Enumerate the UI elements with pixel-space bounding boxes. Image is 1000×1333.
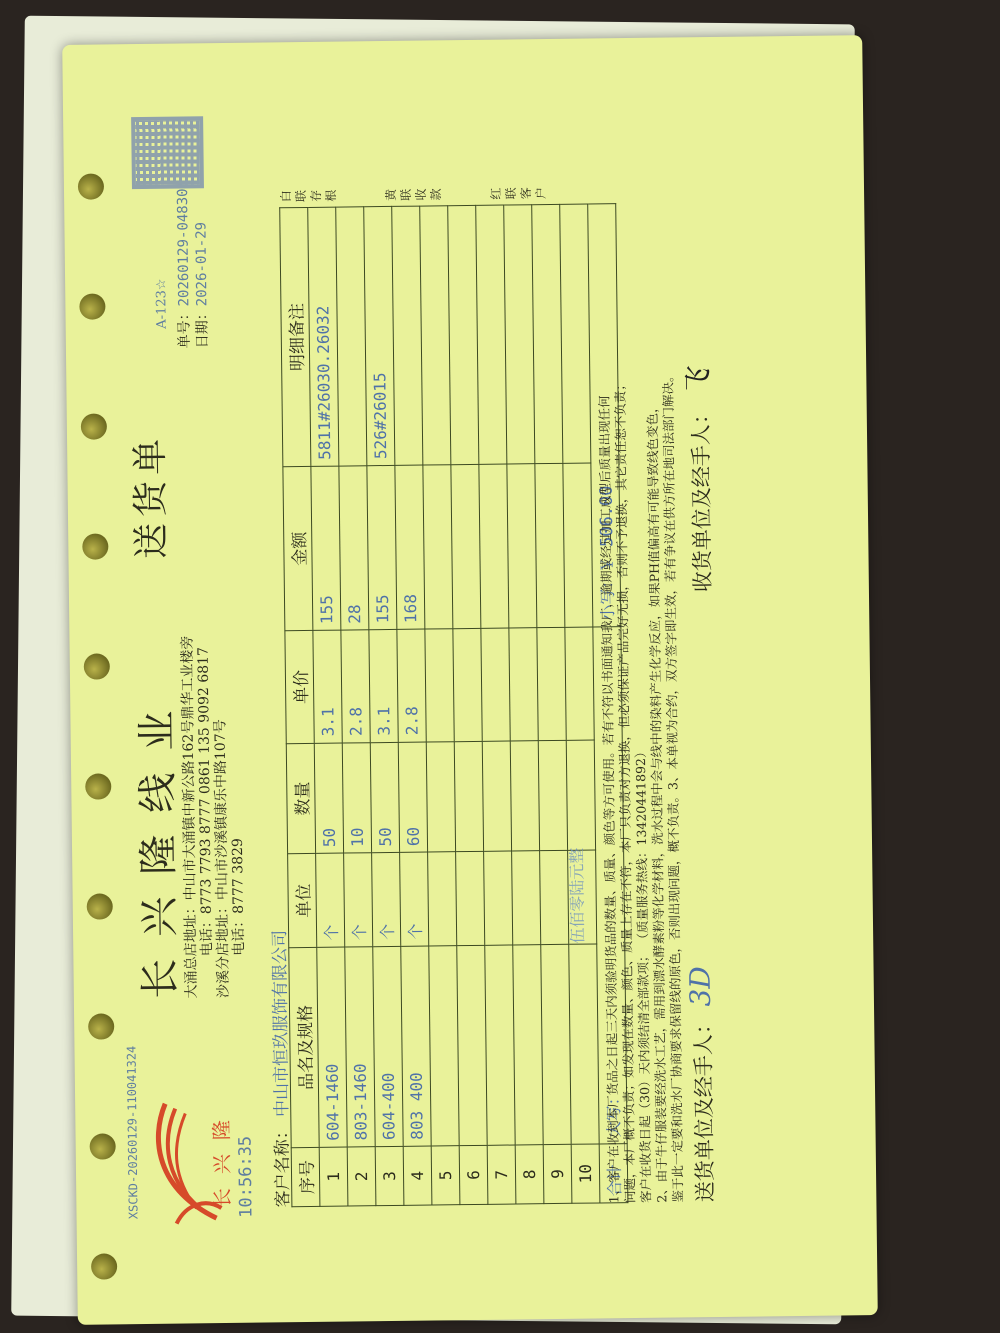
row-unit: 个 bbox=[372, 853, 401, 947]
row-note: 526#26015 bbox=[364, 206, 395, 465]
copy-labels: 白联存根 黄联收款 红联客户 bbox=[279, 176, 594, 202]
row-name bbox=[569, 944, 599, 1145]
row-note bbox=[448, 205, 479, 464]
sender-label: 送货单位及经手人： bbox=[691, 1013, 717, 1202]
row-name bbox=[541, 944, 571, 1145]
order-date: 2026-01-29 bbox=[193, 222, 210, 306]
col-header-price: 单价 bbox=[285, 631, 314, 744]
row-price: 2.8 bbox=[397, 629, 426, 742]
row-qty: 50 bbox=[370, 742, 399, 853]
row-qty bbox=[426, 741, 455, 852]
hq-phone-label: 电话： bbox=[199, 914, 216, 956]
receiver-signature-block: 收货单位及经手人： 飞 bbox=[676, 368, 719, 592]
row-price bbox=[481, 628, 510, 741]
row-price: 3.1 bbox=[369, 630, 398, 743]
row-name bbox=[429, 945, 459, 1146]
branch-phone-label: 电话： bbox=[231, 914, 248, 956]
row-amount bbox=[479, 464, 509, 629]
row-price bbox=[565, 627, 594, 740]
row-amount bbox=[507, 464, 537, 629]
col-header-unit: 单位 bbox=[288, 854, 317, 948]
row-amount bbox=[423, 465, 453, 630]
copy-label-white: 白联存根 bbox=[279, 180, 339, 203]
row-seq: 9 bbox=[543, 1144, 572, 1203]
serial-number: XSCKD-20260129-110041324 bbox=[124, 1046, 140, 1220]
company-address-block: 大涌总店地址：中山市大涌镇中新公路162号鼎华工业楼旁 电话：8773 7793… bbox=[179, 635, 247, 998]
row-amount bbox=[451, 464, 481, 629]
row-amount: 28 bbox=[339, 466, 369, 631]
col-header-note: 明细备注 bbox=[280, 207, 311, 466]
row-price bbox=[425, 629, 454, 742]
row-note bbox=[560, 204, 591, 463]
row-price: 3.1 bbox=[313, 630, 342, 743]
delivery-note-sheet: XSCKD-20260129-110041324 长兴隆 10:56:35 长兴… bbox=[62, 35, 878, 1325]
sprocket-hole-icon bbox=[88, 1013, 114, 1039]
row-qty bbox=[454, 741, 483, 852]
receiver-label: 收货单位及经手人： bbox=[689, 403, 715, 592]
document-type-title: 送货单 bbox=[122, 433, 175, 560]
receiver-signature: 飞 bbox=[681, 368, 714, 396]
row-price bbox=[453, 629, 482, 742]
row-qty: 50 bbox=[314, 743, 343, 854]
row-seq: 7 bbox=[487, 1145, 516, 1204]
sender-signature: 3D bbox=[684, 966, 717, 1007]
form-code: A-123☆ bbox=[153, 278, 172, 328]
row-note bbox=[504, 205, 535, 464]
row-name bbox=[513, 944, 543, 1145]
row-seq: 2 bbox=[347, 1147, 376, 1206]
row-price bbox=[509, 628, 538, 741]
row-unit: 个 bbox=[400, 853, 429, 947]
col-header-name: 品名及规格 bbox=[289, 947, 319, 1148]
sprocket-hole-icon bbox=[79, 293, 105, 319]
row-name bbox=[485, 945, 515, 1146]
row-unit bbox=[484, 852, 513, 946]
row-amount bbox=[563, 463, 593, 628]
row-name: 604-1460 bbox=[317, 947, 347, 1148]
row-qty bbox=[510, 740, 539, 851]
sender-signature-block: 送货单位及经手人： 3D bbox=[684, 966, 720, 1202]
uppercase-total-value: 伍佰零陆元整 bbox=[564, 848, 588, 944]
row-amount: 155 bbox=[311, 466, 341, 631]
row-unit bbox=[428, 852, 457, 946]
row-amount: 155 bbox=[367, 465, 397, 630]
sprocket-hole-icon bbox=[78, 173, 104, 199]
row-amount: 168 bbox=[395, 465, 425, 630]
row-seq: 5 bbox=[431, 1146, 460, 1205]
row-seq: 10 bbox=[571, 1144, 600, 1203]
row-note bbox=[420, 206, 451, 465]
row-seq: 3 bbox=[375, 1146, 404, 1205]
row-note bbox=[336, 207, 367, 466]
row-qty bbox=[566, 740, 595, 851]
row-seq: 8 bbox=[515, 1145, 544, 1204]
terms-and-conditions: 1、客户在收到本厂货品之日起三天内须验明货品的数量、质量、颜色等方可使用。若有不… bbox=[594, 192, 686, 1203]
row-name: 803-1460 bbox=[345, 947, 375, 1148]
sprocket-hole-icon bbox=[87, 893, 113, 919]
branch-address-label: 沙溪分店地址： bbox=[215, 900, 232, 998]
delivery-note-rotated: XSCKD-20260129-110041324 长兴隆 10:56:35 长兴… bbox=[72, 50, 867, 1319]
row-unit bbox=[456, 852, 485, 946]
row-name: 604-400 bbox=[373, 946, 403, 1147]
hq-address-label: 大涌总店地址： bbox=[183, 900, 200, 998]
col-header-seq: 序号 bbox=[291, 1147, 320, 1206]
sprocket-hole-icon bbox=[84, 653, 110, 679]
copy-label-red: 红联客户 bbox=[489, 177, 549, 200]
order-no-label: 单号： bbox=[176, 306, 193, 348]
hq-phone: 8773 7793 8777 0861 135 9092 6817 bbox=[196, 647, 215, 914]
sprocket-hole-icon bbox=[81, 413, 107, 439]
row-unit: 个 bbox=[344, 853, 373, 947]
row-unit: 个 bbox=[316, 854, 345, 948]
row-seq: 6 bbox=[459, 1145, 488, 1204]
col-header-amount: 金额 bbox=[283, 466, 313, 631]
copy-label-yellow: 黄联收款 bbox=[384, 178, 444, 201]
row-note bbox=[392, 206, 423, 465]
order-number: 20260129-04830 bbox=[175, 188, 192, 306]
row-name bbox=[457, 945, 487, 1146]
branch-address: 中山市沙溪镇康乐中路107号 bbox=[212, 719, 230, 900]
row-amount bbox=[535, 463, 565, 628]
sprocket-hole-icon bbox=[82, 533, 108, 559]
company-title: 长兴隆线业 bbox=[125, 689, 186, 1000]
row-note bbox=[532, 204, 563, 463]
row-qty bbox=[538, 740, 567, 851]
col-header-qty: 数量 bbox=[286, 743, 315, 854]
row-seq: 1 bbox=[319, 1147, 348, 1206]
sprocket-hole-icon bbox=[90, 1133, 116, 1159]
row-price: 2.8 bbox=[341, 630, 370, 743]
row-price bbox=[537, 628, 566, 741]
row-note bbox=[476, 205, 507, 464]
row-qty bbox=[482, 741, 511, 852]
sprocket-hole-icon bbox=[91, 1253, 117, 1279]
print-time: 10:56:35 bbox=[236, 1136, 257, 1218]
order-meta: A-123☆ 单号：20260129-04830 日期：2026-01-29 bbox=[174, 188, 212, 348]
row-unit bbox=[512, 851, 541, 945]
items-table: 序号 品名及规格 单位 数量 单价 金额 明细备注 1604-1460个503.… bbox=[279, 203, 628, 1207]
row-qty: 60 bbox=[398, 742, 427, 853]
date-label: 日期： bbox=[194, 306, 211, 348]
qr-code-icon bbox=[131, 116, 204, 189]
sprocket-hole-icon bbox=[85, 773, 111, 799]
row-seq: 4 bbox=[403, 1146, 432, 1205]
row-name: 803 400 bbox=[401, 946, 431, 1147]
branch-phone: 8777 3829 bbox=[230, 838, 247, 914]
logo-text: 长兴隆 bbox=[205, 1106, 235, 1208]
row-note: 5811#26030.26032 bbox=[308, 207, 339, 466]
row-qty: 10 bbox=[342, 742, 371, 853]
